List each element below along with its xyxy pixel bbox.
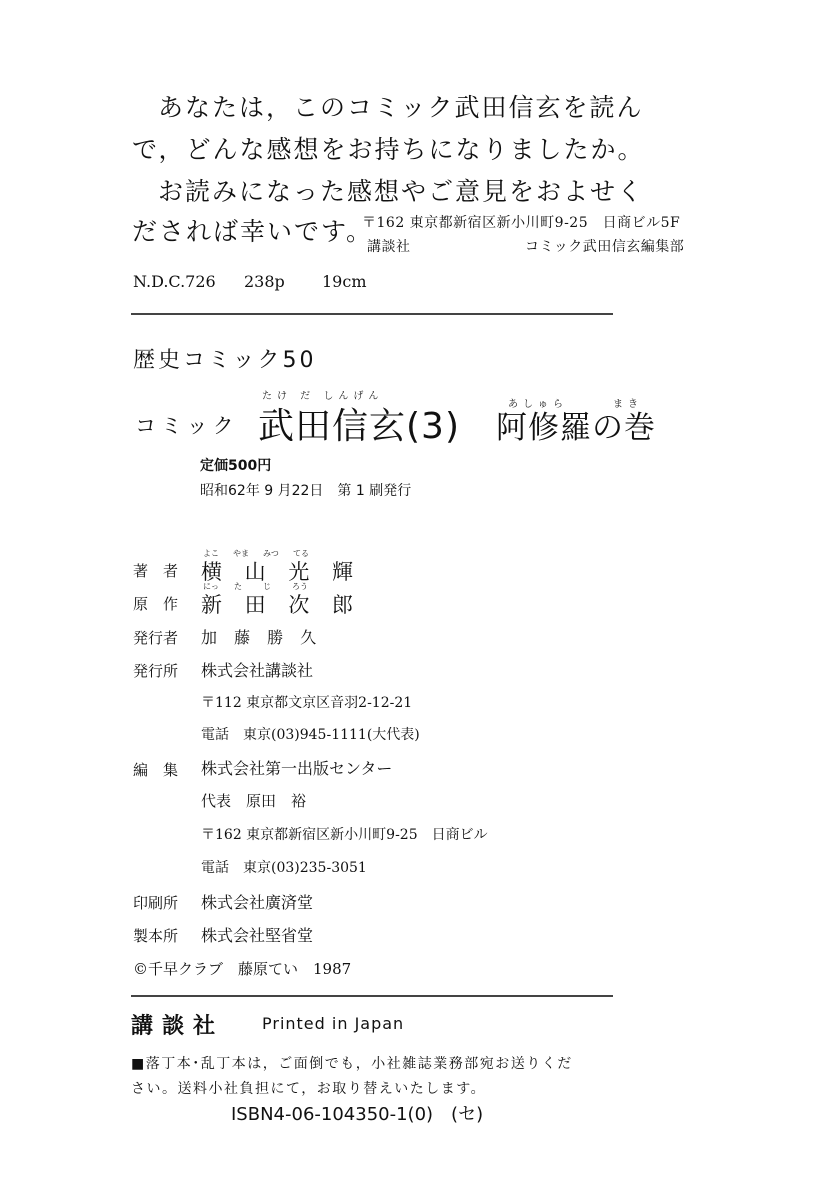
publishing-house-phone: 電話 東京(03)945-1111(大代表) xyxy=(201,724,420,744)
publishing-house-address: 〒112 東京都文京区音羽2-12-21 xyxy=(201,692,412,712)
editor-company: 株式会社第一出版センター xyxy=(201,756,392,779)
recipient-publisher: 講談社 xyxy=(367,236,411,256)
recipient-dept: コミック武田信玄編集部 xyxy=(525,236,684,256)
credit-label-binder: 製本所 xyxy=(133,925,178,946)
credit-label-editor: 編 集 xyxy=(133,759,178,780)
copyright: ©千早クラブ 藤原てい 1987 xyxy=(133,958,351,979)
publishing-house: 株式会社講談社 xyxy=(201,658,313,681)
reader-message-line-1: あなたは，このコミック武田信玄を読ん xyxy=(158,88,644,124)
replacement-notice-line-2: さい。送料小社負担にて，お取り替えいたします。 xyxy=(131,1078,486,1098)
editor-phone: 電話 東京(03)235-3051 xyxy=(201,857,367,877)
credit-label-publisher: 発行者 xyxy=(133,627,178,648)
editor-representative: 代表 原田 裕 xyxy=(201,790,306,811)
reader-address: 〒162 東京都新宿区新小川町9-25 日商ビル5F xyxy=(362,212,680,232)
credit-label-original: 原 作 xyxy=(133,593,178,614)
replacement-notice-line-1: ■落丁本･乱丁本は，ご面倒でも，小社雑誌業務部宛お送りくだ xyxy=(131,1053,573,1073)
binder-name: 株式会社堅省堂 xyxy=(201,923,313,946)
ndc-number: N.D.C.726 xyxy=(133,272,216,291)
main-title: 武田信玄(3) xyxy=(258,398,460,449)
divider-top xyxy=(131,313,613,315)
volume-subtitle: 阿修羅の巻 xyxy=(496,402,656,447)
publisher-name: 加 藤 勝 久 xyxy=(201,625,322,648)
series-title: 歴史コミック50 xyxy=(133,343,317,374)
book-size: 19cm xyxy=(322,272,367,291)
reader-message-line-2: で，どんな感想をお持ちになりましたか。 xyxy=(132,130,645,166)
printer-name: 株式会社廣済堂 xyxy=(201,890,313,913)
author-name: 横 山 光 輝 xyxy=(201,556,361,586)
page-count: 238p xyxy=(244,272,285,291)
printed-in-japan: Printed in Japan xyxy=(262,1014,404,1033)
editor-address: 〒162 東京都新宿区新小川町9-25 日商ビル xyxy=(201,824,488,844)
reader-message-line-4: だされば幸いです。 xyxy=(132,212,373,248)
credit-label-publishing-house: 発行所 xyxy=(133,660,178,681)
publication-date: 昭和62年 9 月22日 第 1 刷発行 xyxy=(200,480,411,500)
original-author-name: 新 田 次 郎 xyxy=(201,589,361,619)
price: 定価500円 xyxy=(200,455,271,475)
divider-bottom xyxy=(131,995,613,997)
reader-message-line-3: お読みになった感想やご意見をおよせく xyxy=(158,172,644,208)
credit-label-author: 著 者 xyxy=(133,560,178,581)
publisher-logo: 講談社 xyxy=(131,1009,224,1040)
title-label: コミック xyxy=(135,410,239,440)
credit-label-printer: 印刷所 xyxy=(133,892,178,913)
isbn: ISBN4-06-104350-1(0) (セ) xyxy=(231,1100,483,1126)
